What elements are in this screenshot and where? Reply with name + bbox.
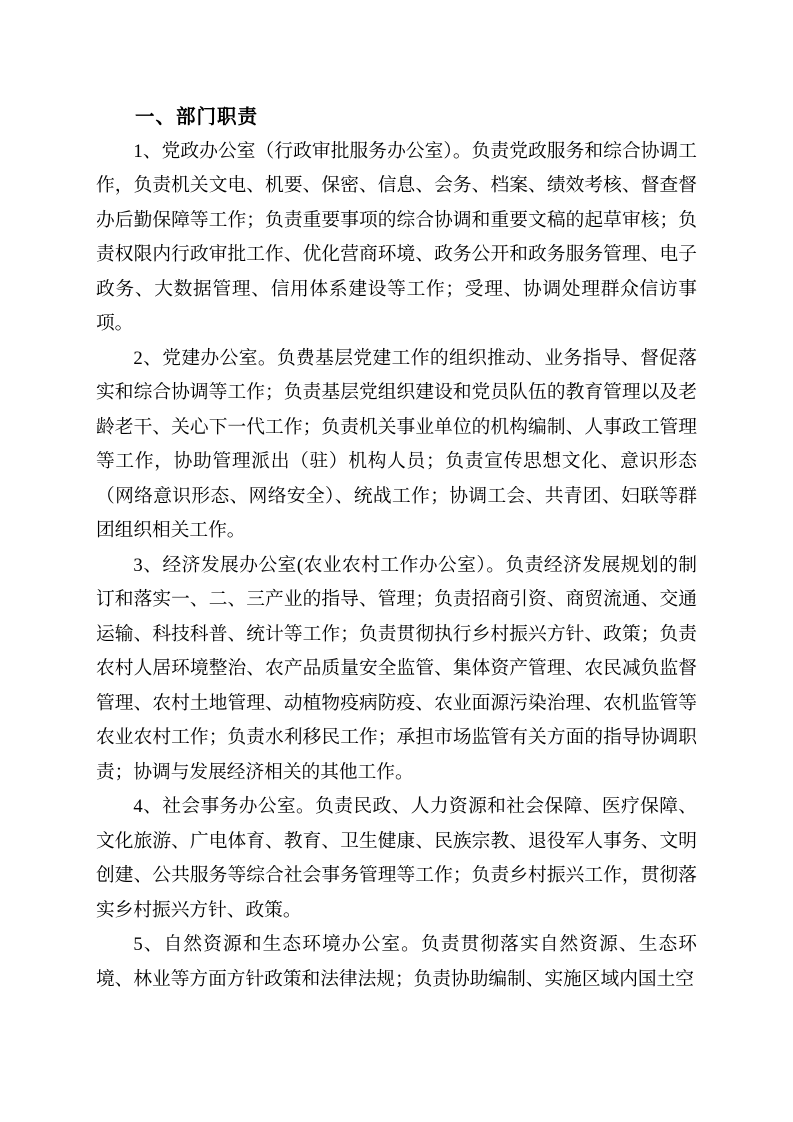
paragraph: 4、社会事务办公室。负责民政、人力资源和社会保障、医疗保障、文化旅游、广电体育、… <box>96 790 697 928</box>
paragraph: 5、自然资源和生态环境办公室。负责贯彻落实自然资源、生态环境、林业等方面方针政策… <box>96 928 697 997</box>
paragraph: 1、党政办公室（行政审批服务办公室）。负责党政服务和综合协调工作，负责机关文电、… <box>96 135 697 342</box>
document-page: 一、部门职责 1、党政办公室（行政审批服务办公室）。负责党政服务和综合协调工作，… <box>0 0 793 1122</box>
document-body: 1、党政办公室（行政审批服务办公室）。负责党政服务和综合协调工作，负责机关文电、… <box>96 135 697 998</box>
section-heading: 一、部门职责 <box>96 100 697 135</box>
paragraph: 3、经济发展办公室(农业农村工作办公室）。负责经济发展规划的制订和落实一、二、三… <box>96 549 697 791</box>
paragraph: 2、党建办公室。负费基层党建工作的组织推动、业务指导、督促落实和综合协调等工作；… <box>96 342 697 549</box>
